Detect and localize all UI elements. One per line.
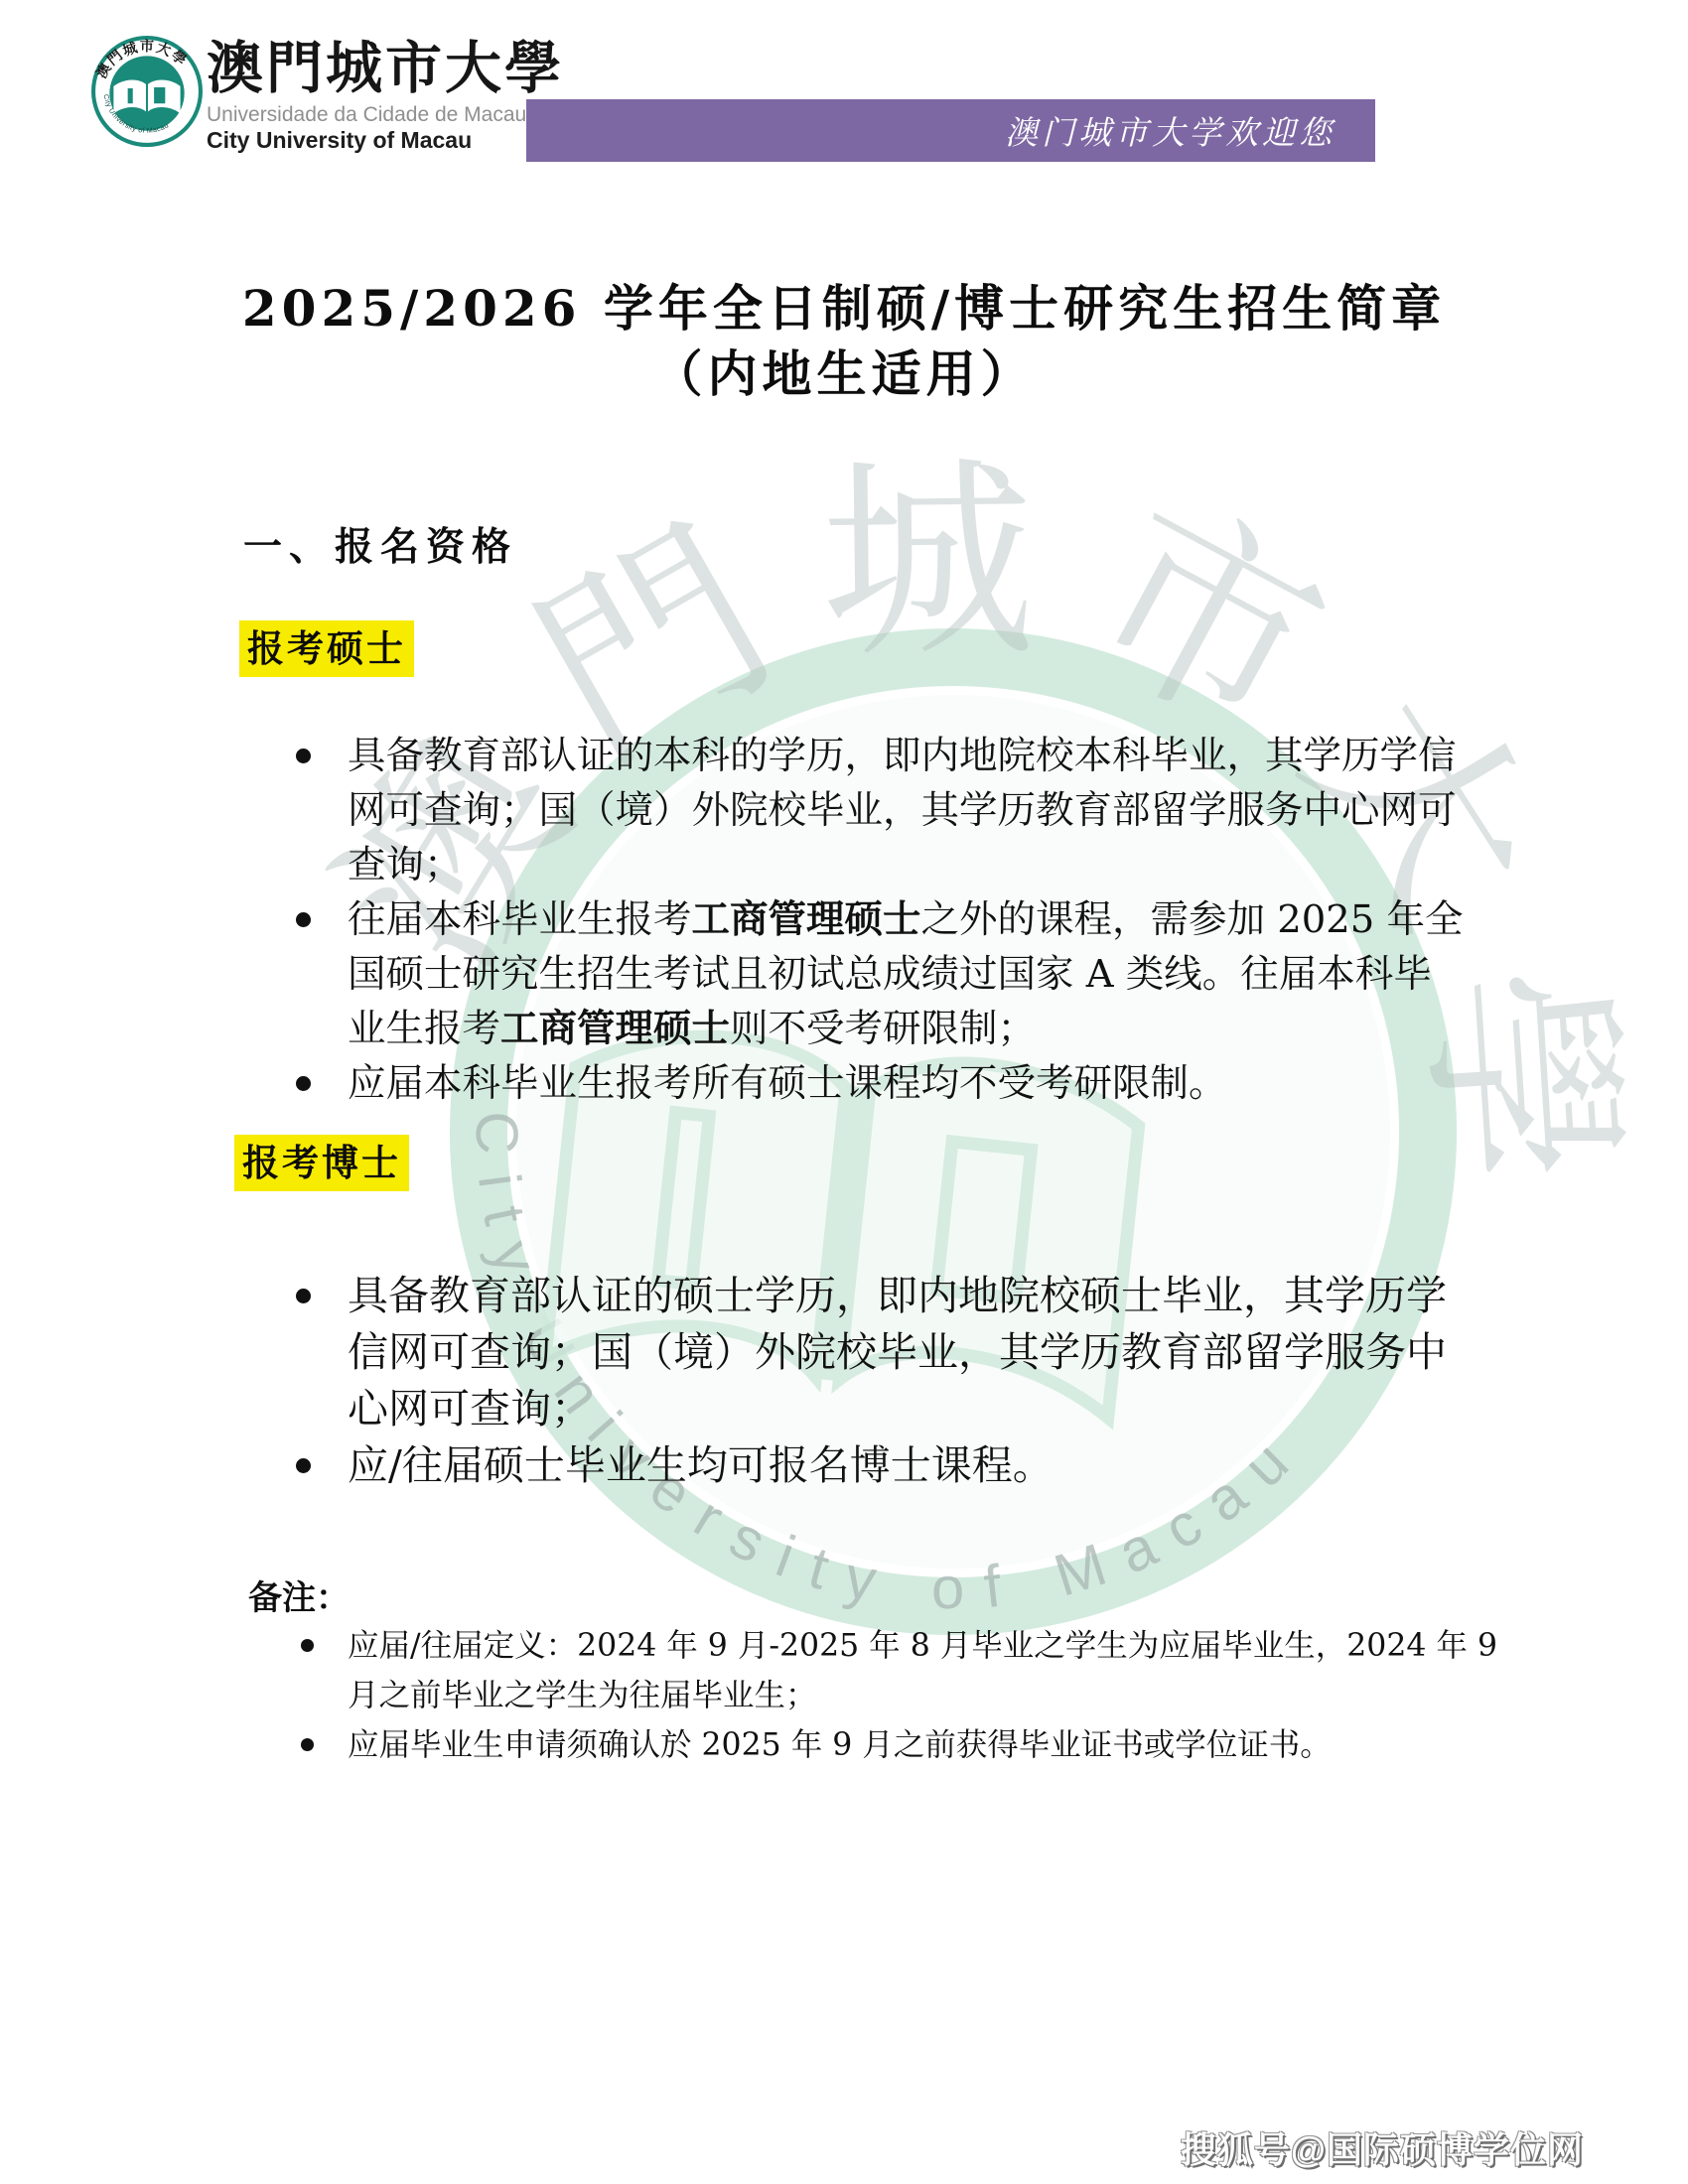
bullet-text: 应届本科毕业生报考所有硕士课程均不受考研限制。 (348, 1061, 1227, 1106)
document-page: 澳門城市大學 City University of Macau (0, 0, 1688, 2184)
master-bullet-1: 具备教育部认证的本科的学历，即内地院校本科毕业，其学历学信网可查询；国（境）外院… (293, 729, 1465, 892)
document-title: 2025/2026 学年全日制硕/博士研究生招生简章 （内地生适用） (179, 276, 1509, 407)
master-bullet-list: 具备教育部认证的本科的学历，即内地院校本科毕业，其学历学信网可查询；国（境）外院… (293, 729, 1465, 1111)
wordmark-english: City University of Macau (207, 127, 564, 153)
university-wordmark: 澳門城市大學 Universidade da Cidade de Macau C… (207, 38, 564, 153)
title-line-1: 2025/2026 学年全日制硕/博士研究生招生简章 (179, 276, 1509, 341)
title-line-2: （内地生适用） (179, 341, 1509, 407)
bullet-text: 具备教育部认证的硕士学历，即内地院校硕士毕业，其学历学信网可查询；国（境）外院校… (348, 1272, 1447, 1433)
remark-bullet-1: 应届/往届定义：2024 年 9 月-2025 年 8 月毕业之学生为应届毕业生… (298, 1621, 1509, 1720)
bullet-text-bold: 工商管理硕士 (500, 1007, 730, 1051)
sohu-watermark-text: 搜狐号@国际硕博学位网 (1181, 2122, 1584, 2173)
bullet-text-bold: 工商管理硕士 (692, 897, 921, 942)
doctor-bullet-1: 具备教育部认证的硕士学历，即内地院校硕士毕业，其学历学信网可查询；国（境）外院校… (293, 1268, 1465, 1437)
wordmark-portuguese: Universidade da Cidade de Macau (207, 103, 564, 127)
welcome-banner: 澳门城市大学欢迎您 (526, 99, 1375, 162)
remarks-bullet-list: 应届/往届定义：2024 年 9 月-2025 年 8 月毕业之学生为应届毕业生… (298, 1621, 1509, 1770)
bullet-text: 应届/往届定义：2024 年 9 月-2025 年 8 月毕业之学生为应届毕业生… (348, 1628, 1497, 1713)
university-logo: 澳門城市大學 City University of Macau (91, 36, 203, 147)
section-heading: 一、报名资格 (243, 516, 517, 572)
document-content: 澳門城市大學 City University of Macau 澳門城市大學 U… (0, 0, 1688, 2184)
remarks-heading: 备注： (248, 1570, 350, 1619)
bullet-text: 则不受考研限制； (730, 1007, 1036, 1051)
welcome-banner-text: 澳门城市大学欢迎您 (1005, 107, 1336, 154)
bullet-text: 应/往届硕士毕业生均可报名博士课程。 (348, 1441, 1054, 1489)
doctor-label-highlight: 报考博士 (234, 1135, 409, 1191)
doctor-bullet-list: 具备教育部认证的硕士学历，即内地院校硕士毕业，其学历学信网可查询；国（境）外院校… (293, 1268, 1465, 1494)
wordmark-chinese: 澳門城市大學 (207, 38, 564, 99)
bullet-text: 具备教育部认证的本科的学历，即内地院校本科毕业，其学历学信网可查询；国（境）外院… (348, 734, 1457, 887)
master-bullet-2: 往届本科毕业生报考工商管理硕士之外的课程，需参加 2025 年全国硕士研究生招生… (293, 892, 1465, 1056)
remark-bullet-2: 应届毕业生申请须确认於 2025 年 9 月之前获得毕业证书或学位证书。 (298, 1720, 1509, 1770)
doctor-bullet-2: 应/往届硕士毕业生均可报名博士课程。 (293, 1437, 1465, 1494)
bullet-text: 往届本科毕业生报考 (348, 897, 692, 942)
master-bullet-3: 应届本科毕业生报考所有硕士课程均不受考研限制。 (293, 1056, 1465, 1111)
bullet-text: 应届毕业生申请须确认於 2025 年 9 月之前获得毕业证书或学位证书。 (348, 1727, 1332, 1763)
master-label-highlight: 报考硕士 (239, 620, 414, 677)
